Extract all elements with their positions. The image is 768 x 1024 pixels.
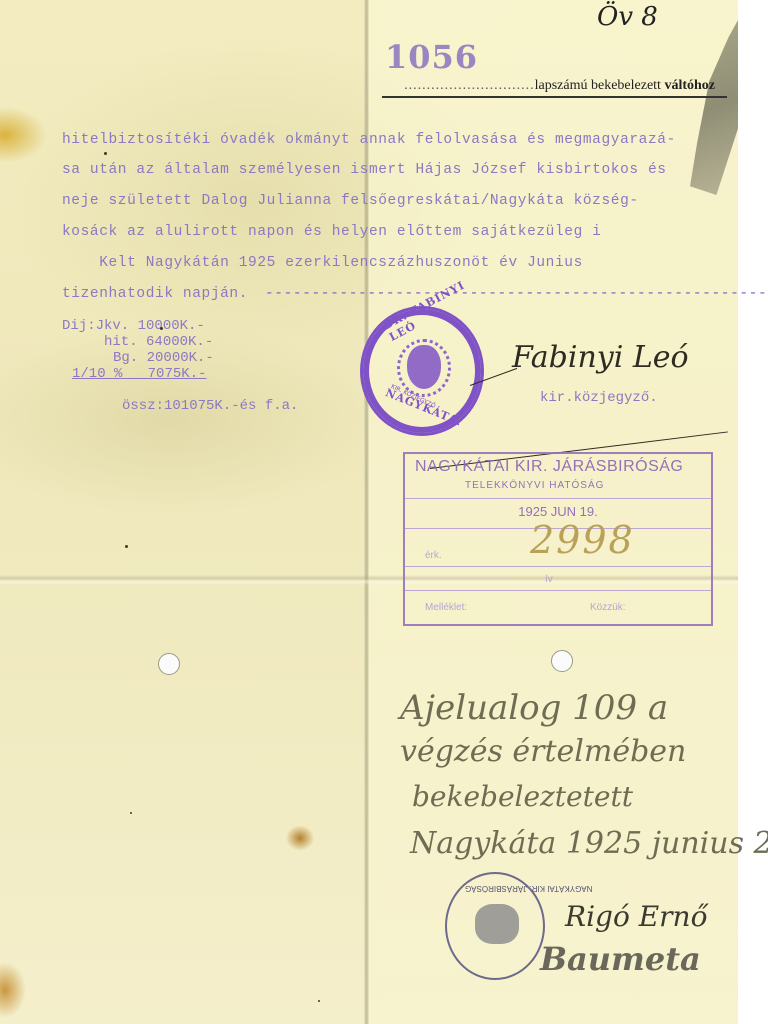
stamped-number: 1056 — [385, 38, 478, 76]
header-label-text: lapszámú bekebelezett — [535, 78, 665, 93]
stamp-kozzuk: Közzük: — [590, 602, 626, 613]
handwritten-note-line-1: Ajelualog 109 a — [400, 688, 668, 728]
stamp-divider — [405, 566, 711, 567]
printed-header-label: .............................lapszámú be… — [382, 76, 727, 98]
stamp-divider — [405, 590, 711, 591]
dirt-speck — [318, 1000, 320, 1002]
typed-line-1: hitelbiztosítéki óvadék okmányt annak fe… — [62, 132, 676, 148]
building-emblem-icon — [475, 904, 519, 944]
typed-line-6: tizenhatodik napján. — [62, 286, 248, 302]
fee-row: Bg. 20000K.- — [62, 350, 298, 366]
notary-title: kir.közjegyző. — [540, 390, 658, 406]
stamp-authority: TELEKKÖNYVI HATÓSÁG — [465, 480, 604, 491]
fee-row: Dij:Jkv. 10000K.- — [62, 318, 298, 334]
dirt-speck — [130, 812, 132, 814]
handwritten-entry-number: 2998 — [530, 518, 635, 562]
stamp-field-iv: ív — [545, 574, 553, 585]
header-label-bold: váltóhoz — [664, 78, 715, 93]
document-page: 1056 Öv 8 .............................l… — [0, 0, 738, 1024]
notary-signature: Fabinyi Leó — [512, 340, 689, 375]
typed-line-5: Kelt Nagykátán 1925 ezerkilencszázhuszon… — [62, 255, 583, 271]
dotted-fill: ............................. — [404, 78, 535, 93]
dash-fill-line: ----------------------------------------… — [265, 286, 768, 302]
handwritten-note-line-4: Nagykáta 1925 junius 22 — [410, 826, 768, 861]
stamp-melleklet: Melléklet: — [425, 602, 467, 613]
fee-row: 1/10 % 7075K.- — [62, 366, 298, 382]
handwritten-note-line-2: végzés értelmében — [400, 734, 686, 769]
typed-line-3: neje született Dalog Julianna felsőegres… — [62, 193, 639, 209]
dirt-speck — [125, 545, 128, 548]
dirt-speck — [104, 152, 107, 155]
court-round-seal: NAGYKÁTAI KIR. JÁRÁSBIRÓSÁG — [445, 872, 545, 980]
fee-row: hit. 64000K.- — [62, 334, 298, 350]
handwritten-note-line-3: bekebeleztetett — [412, 780, 633, 813]
fee-table: Dij:Jkv. 10000K.- hit. 64000K.- Bg. 2000… — [62, 318, 298, 414]
punch-hole — [158, 653, 180, 675]
stamp-court-name: NAGYKÁTAI KIR. JÁRÁSBIRÓSÁG — [415, 458, 683, 476]
stamp-date: 1925 JUN 19. — [405, 504, 711, 519]
vertical-fold — [364, 0, 369, 1024]
fee-total: össz:101075K.-és f.a. — [62, 398, 298, 414]
judge-signature: Rigó Ernő — [565, 900, 707, 933]
typed-line-2: sa után az általam személyesen ismert Há… — [62, 162, 667, 178]
dirt-speck — [160, 327, 163, 330]
handwritten-corner-mark: Öv 8 — [597, 2, 658, 32]
bottom-seal-text: NAGYKÁTAI KIR. JÁRÁSBIRÓSÁG — [465, 884, 592, 893]
notary-seal: DR. FABINYI LEÓ KIR. KÖZJEGYZŐ NAGYKÁTA. — [360, 306, 484, 436]
coat-of-arms-icon — [407, 345, 441, 389]
stamp-field-erk: érk. — [425, 550, 442, 561]
clerk-signature: Baumeta — [540, 940, 701, 978]
typed-line-4: kosáck az alulirott napon és helyen előt… — [62, 224, 601, 240]
punch-hole — [551, 650, 573, 672]
stamp-divider — [405, 498, 711, 499]
